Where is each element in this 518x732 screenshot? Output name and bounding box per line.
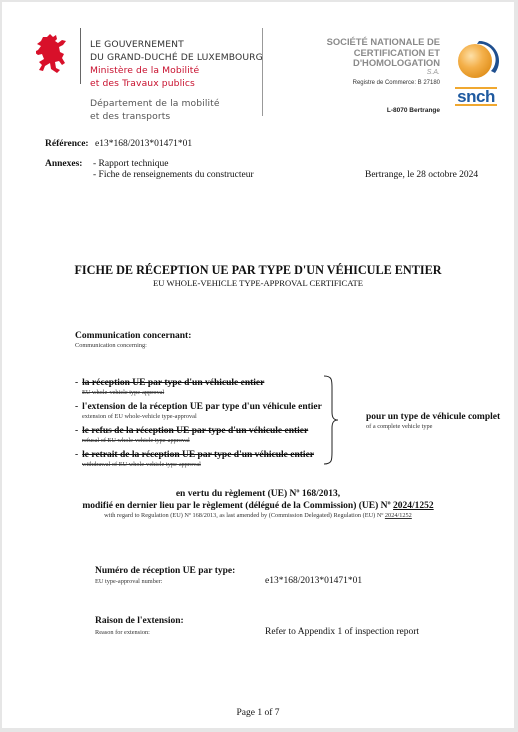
date-line: Bertrange, le 28 octobre 2024 xyxy=(365,170,478,180)
luxembourg-lion-icon xyxy=(36,32,70,78)
annex-item: - Fiche de renseignements du constructeu… xyxy=(93,170,254,181)
snch-name-line2: CERTIFICATION ET D'HOMOLOGATION xyxy=(267,48,440,69)
option-en: extension of EU whole-vehicle type-appro… xyxy=(82,412,322,421)
communication-label: Communication concernant: xyxy=(75,331,191,341)
gov-line2: DU GRAND-DUCHÉ DE LUXEMBOURG xyxy=(90,51,263,64)
option-en: withdrawal of EU whole-vehicle type-appr… xyxy=(82,460,322,469)
vehicle-type-en: of a complete vehicle type xyxy=(366,423,432,430)
option-reception: - la réception UE par type d'un véhicule… xyxy=(75,376,322,400)
snch-location: L-8070 Bertrange xyxy=(267,107,440,114)
option-fr: l'extension de la réception UE par type … xyxy=(82,402,322,412)
annexes-label: Annexes: xyxy=(45,159,82,169)
regulation-number: 2024/1252 xyxy=(393,501,434,511)
snch-legal-form: S.A. xyxy=(267,69,440,76)
option-refusal: - le refus de la réception UE par type d… xyxy=(75,424,322,448)
department-line1: Département de la mobilité xyxy=(90,97,263,110)
option-fr: la réception UE par type d'un véhicule e… xyxy=(82,378,264,388)
regulation-line1: en vertu du règlement (UE) Nº 168/2013, xyxy=(2,489,514,499)
document-subtitle: EU WHOLE-VEHICLE TYPE-APPROVAL CERTIFICA… xyxy=(2,278,514,288)
snch-register: Registre de Commerce: B 27180 xyxy=(267,80,440,86)
ministry-line2: et des Travaux publics xyxy=(90,77,263,90)
snch-logo-text: snch xyxy=(451,89,501,104)
extension-reason-label: Raison de l'extension: xyxy=(95,616,184,626)
regulation-line3: with regard to Regulation (EU) Nº 168/20… xyxy=(2,512,514,519)
option-fr: le retrait de la réception UE par type d… xyxy=(82,450,314,460)
snch-name-line1: SOCIÉTÉ NATIONALE DE xyxy=(267,37,440,48)
ministry-line1: Ministère de la Mobilité xyxy=(90,64,263,77)
option-fr: le refus de la réception UE par type d'u… xyxy=(82,426,308,436)
snch-logo: snch xyxy=(451,39,501,99)
department-line2: et des transports xyxy=(90,110,263,123)
annexes-list: - Rapport technique - Fiche de renseigne… xyxy=(93,159,254,181)
communication-options: - la réception UE par type d'un véhicule… xyxy=(75,376,322,472)
approval-number-value: e13*168/2013*01471*01 xyxy=(265,576,362,586)
header-divider-right xyxy=(262,28,263,116)
regulation-line2: modifié en dernier lieu par le règlement… xyxy=(2,501,514,511)
government-block: LE GOUVERNEMENT DU GRAND-DUCHÉ DE LUXEMB… xyxy=(90,38,263,123)
document-title: FICHE DE RÉCEPTION UE PAR TYPE D'UN VÉHI… xyxy=(2,263,514,278)
approval-number-label-en: EU type-approval number: xyxy=(95,578,163,585)
regulation-number-en: 2024/1252 xyxy=(385,512,412,519)
approval-number-label: Numéro de réception UE par type: xyxy=(95,566,235,576)
snch-globe-icon xyxy=(451,39,501,81)
reference-value: e13*168/2013*01471*01 xyxy=(95,139,192,149)
option-withdrawal: - le retrait de la réception UE par type… xyxy=(75,448,322,472)
extension-reason-value: Refer to Appendix 1 of inspection report xyxy=(265,627,419,637)
document-page: LE GOUVERNEMENT DU GRAND-DUCHÉ DE LUXEMB… xyxy=(2,2,514,728)
option-extension: - l'extension de la réception UE par typ… xyxy=(75,400,322,424)
option-en: refusal of EU whole-vehicle type-approva… xyxy=(82,436,322,445)
option-en: EU whole-vehicle type-approval xyxy=(82,388,322,397)
snch-block: SOCIÉTÉ NATIONALE DE CERTIFICATION ET D'… xyxy=(267,37,440,114)
reference-label: Référence: xyxy=(45,139,89,149)
header-divider xyxy=(80,28,81,84)
page-number: Page 1 of 7 xyxy=(2,708,514,718)
communication-label-en: Communication concerning: xyxy=(75,342,147,349)
annex-item: - Rapport technique xyxy=(93,159,254,170)
vehicle-type-fr: pour un type de véhicule complet xyxy=(366,412,500,422)
gov-line1: LE GOUVERNEMENT xyxy=(90,38,263,51)
brace-icon xyxy=(322,374,340,466)
extension-reason-label-en: Reason for extension: xyxy=(95,629,150,636)
